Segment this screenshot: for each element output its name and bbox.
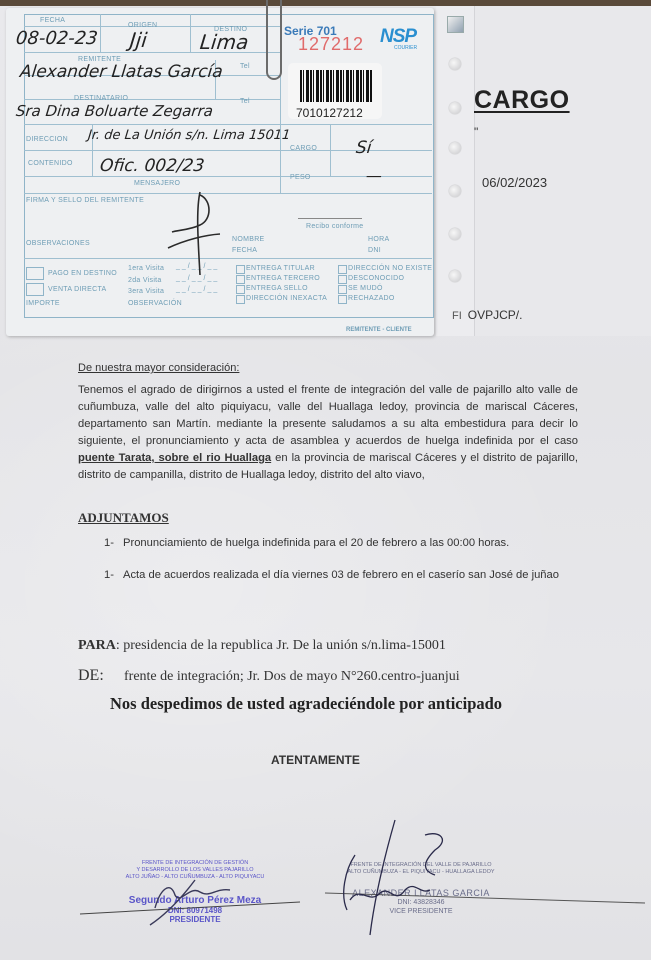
nsp-logo-sub: COURIER	[394, 45, 417, 51]
value-origen: Jji	[129, 28, 149, 52]
sender-signature	[160, 190, 250, 280]
label-observacion: OBSERVACIÓN	[128, 300, 182, 307]
option-checkbox[interactable]	[338, 265, 347, 274]
option-label: DIRECCIÓN INEXACTA	[246, 295, 327, 302]
president-signature	[80, 870, 310, 930]
serial-number: 127212	[298, 34, 364, 55]
value-peso: —	[365, 166, 383, 185]
label-hora: HORA	[368, 236, 389, 243]
label-mensajero: MENSAJERO	[134, 180, 180, 187]
option-label: SE MUDÓ	[348, 285, 383, 292]
label-visita-2: 2da Visita	[128, 277, 162, 284]
value-destinatario: Sra Dina Boluarte Zegarra	[15, 102, 214, 120]
option-label: ENTREGA SELLO	[246, 285, 308, 292]
de-line: DE:	[78, 667, 104, 685]
option-label: DESCONOCIDO	[348, 275, 404, 282]
label-fecha: FECHA	[40, 17, 65, 24]
label-contenido: CONTENIDO	[28, 160, 73, 167]
attachments-title: ADJUNTAMOS	[78, 510, 169, 526]
stamp-line: FRENTE DE INTEGRACIÓN DE GESTIÓN	[100, 860, 290, 867]
para-text: : presidencia de la republica Jr. De la …	[116, 638, 446, 653]
label-tel-1: Tel	[240, 63, 250, 70]
visit-date-3: __/__/__	[176, 286, 219, 293]
punch-hole-icon	[449, 58, 461, 70]
value-contenido: Ofic. 002/23	[99, 156, 205, 176]
document-date: 06/02/2023	[482, 175, 547, 190]
punch-hole-icon	[449, 185, 461, 197]
reference-text: OVPJCP/.	[468, 308, 523, 322]
barcode-number: 7010127212	[296, 106, 363, 120]
barcode-icon	[300, 70, 372, 102]
label-peso: PESO	[290, 174, 311, 181]
form-footer: REMITENTE - CLIENTE	[346, 327, 412, 333]
punch-strip	[436, 6, 475, 336]
de-label: DE:	[78, 667, 104, 684]
attachment-number: 1-	[104, 567, 114, 584]
checkbox-pago-destino[interactable]	[26, 267, 44, 280]
value-cargo: Sí	[355, 138, 373, 158]
option-label: RECHAZADO	[348, 295, 395, 302]
para-label: PARA	[78, 638, 116, 653]
punch-hole-icon	[449, 102, 461, 114]
value-direccion: Jr. de La Unión s/n. Lima 15011	[87, 128, 291, 143]
attachment-number: 1-	[104, 535, 114, 552]
label-pago-destino: PAGO EN DESTINO	[48, 270, 117, 277]
label-importe: IMPORTE	[26, 300, 60, 307]
option-checkbox[interactable]	[338, 275, 347, 284]
label-tel-2: Tel	[240, 98, 250, 105]
option-label: ENTREGA TITULAR	[246, 265, 315, 272]
cargo-title: CARGO	[474, 86, 570, 115]
label-visita-1: 1era Visita	[128, 265, 164, 272]
option-checkbox[interactable]	[236, 295, 245, 304]
punch-hole-icon	[449, 142, 461, 154]
label-firma: FIRMA Y SELLO DEL REMITENTE	[26, 197, 144, 204]
value-fecha: 08-02-23	[15, 28, 99, 49]
option-label: DIRECCIÓN NO EXISTE	[348, 265, 432, 272]
label-direccion: DIRECCION	[26, 136, 68, 143]
salutation: De nuestra mayor consideración:	[78, 362, 239, 374]
option-checkbox[interactable]	[236, 285, 245, 294]
attachment-text: Acta de acuerdos realizada el día vierne…	[123, 567, 583, 584]
option-label: ENTREGA TERCERO	[246, 275, 320, 282]
label-cargo: CARGO	[290, 145, 317, 152]
value-remitente: Alexander Llatas García	[19, 62, 224, 82]
punch-hole-icon	[449, 270, 461, 282]
checkbox-venta-directa[interactable]	[26, 283, 44, 296]
label-destinatario: DESTINATARIO	[74, 95, 128, 102]
attachment-text: Pronunciamiento de huelga indefinida par…	[123, 535, 583, 552]
label-venta-directa: VENTA DIRECTA	[48, 286, 106, 293]
quote-mark: "	[474, 125, 478, 139]
option-checkbox[interactable]	[338, 285, 347, 294]
label-recibo-conforme: Recibo conforme	[306, 223, 363, 230]
reference-code: FIOVPJCP/.	[452, 308, 522, 322]
option-checkbox[interactable]	[338, 295, 347, 304]
sticker-icon	[447, 16, 464, 33]
vice-president-signature	[325, 815, 651, 945]
paper-clip-icon	[266, 0, 282, 80]
punch-hole-icon	[449, 228, 461, 240]
body-text: Tenemos el agrado de dirigirnos a usted …	[78, 384, 578, 447]
para-line: PARA: presidencia de la republica Jr. De…	[78, 638, 446, 654]
value-destino: Lima	[199, 30, 250, 54]
farewell: Nos despedimos de usted agradeciéndole p…	[110, 694, 502, 714]
body-highlight: puente Tarata, sobre el rio Huallaga	[78, 452, 271, 464]
label-visita-3: 3era Visita	[128, 288, 164, 295]
label-dni: DNI	[368, 247, 381, 254]
de-text: frente de integración; Jr. Dos de mayo N…	[124, 669, 460, 685]
closing: ATENTAMENTE	[271, 753, 360, 767]
label-observaciones: OBSERVACIONES	[26, 240, 90, 247]
letter-body: Tenemos el agrado de dirigirnos a usted …	[78, 382, 578, 484]
